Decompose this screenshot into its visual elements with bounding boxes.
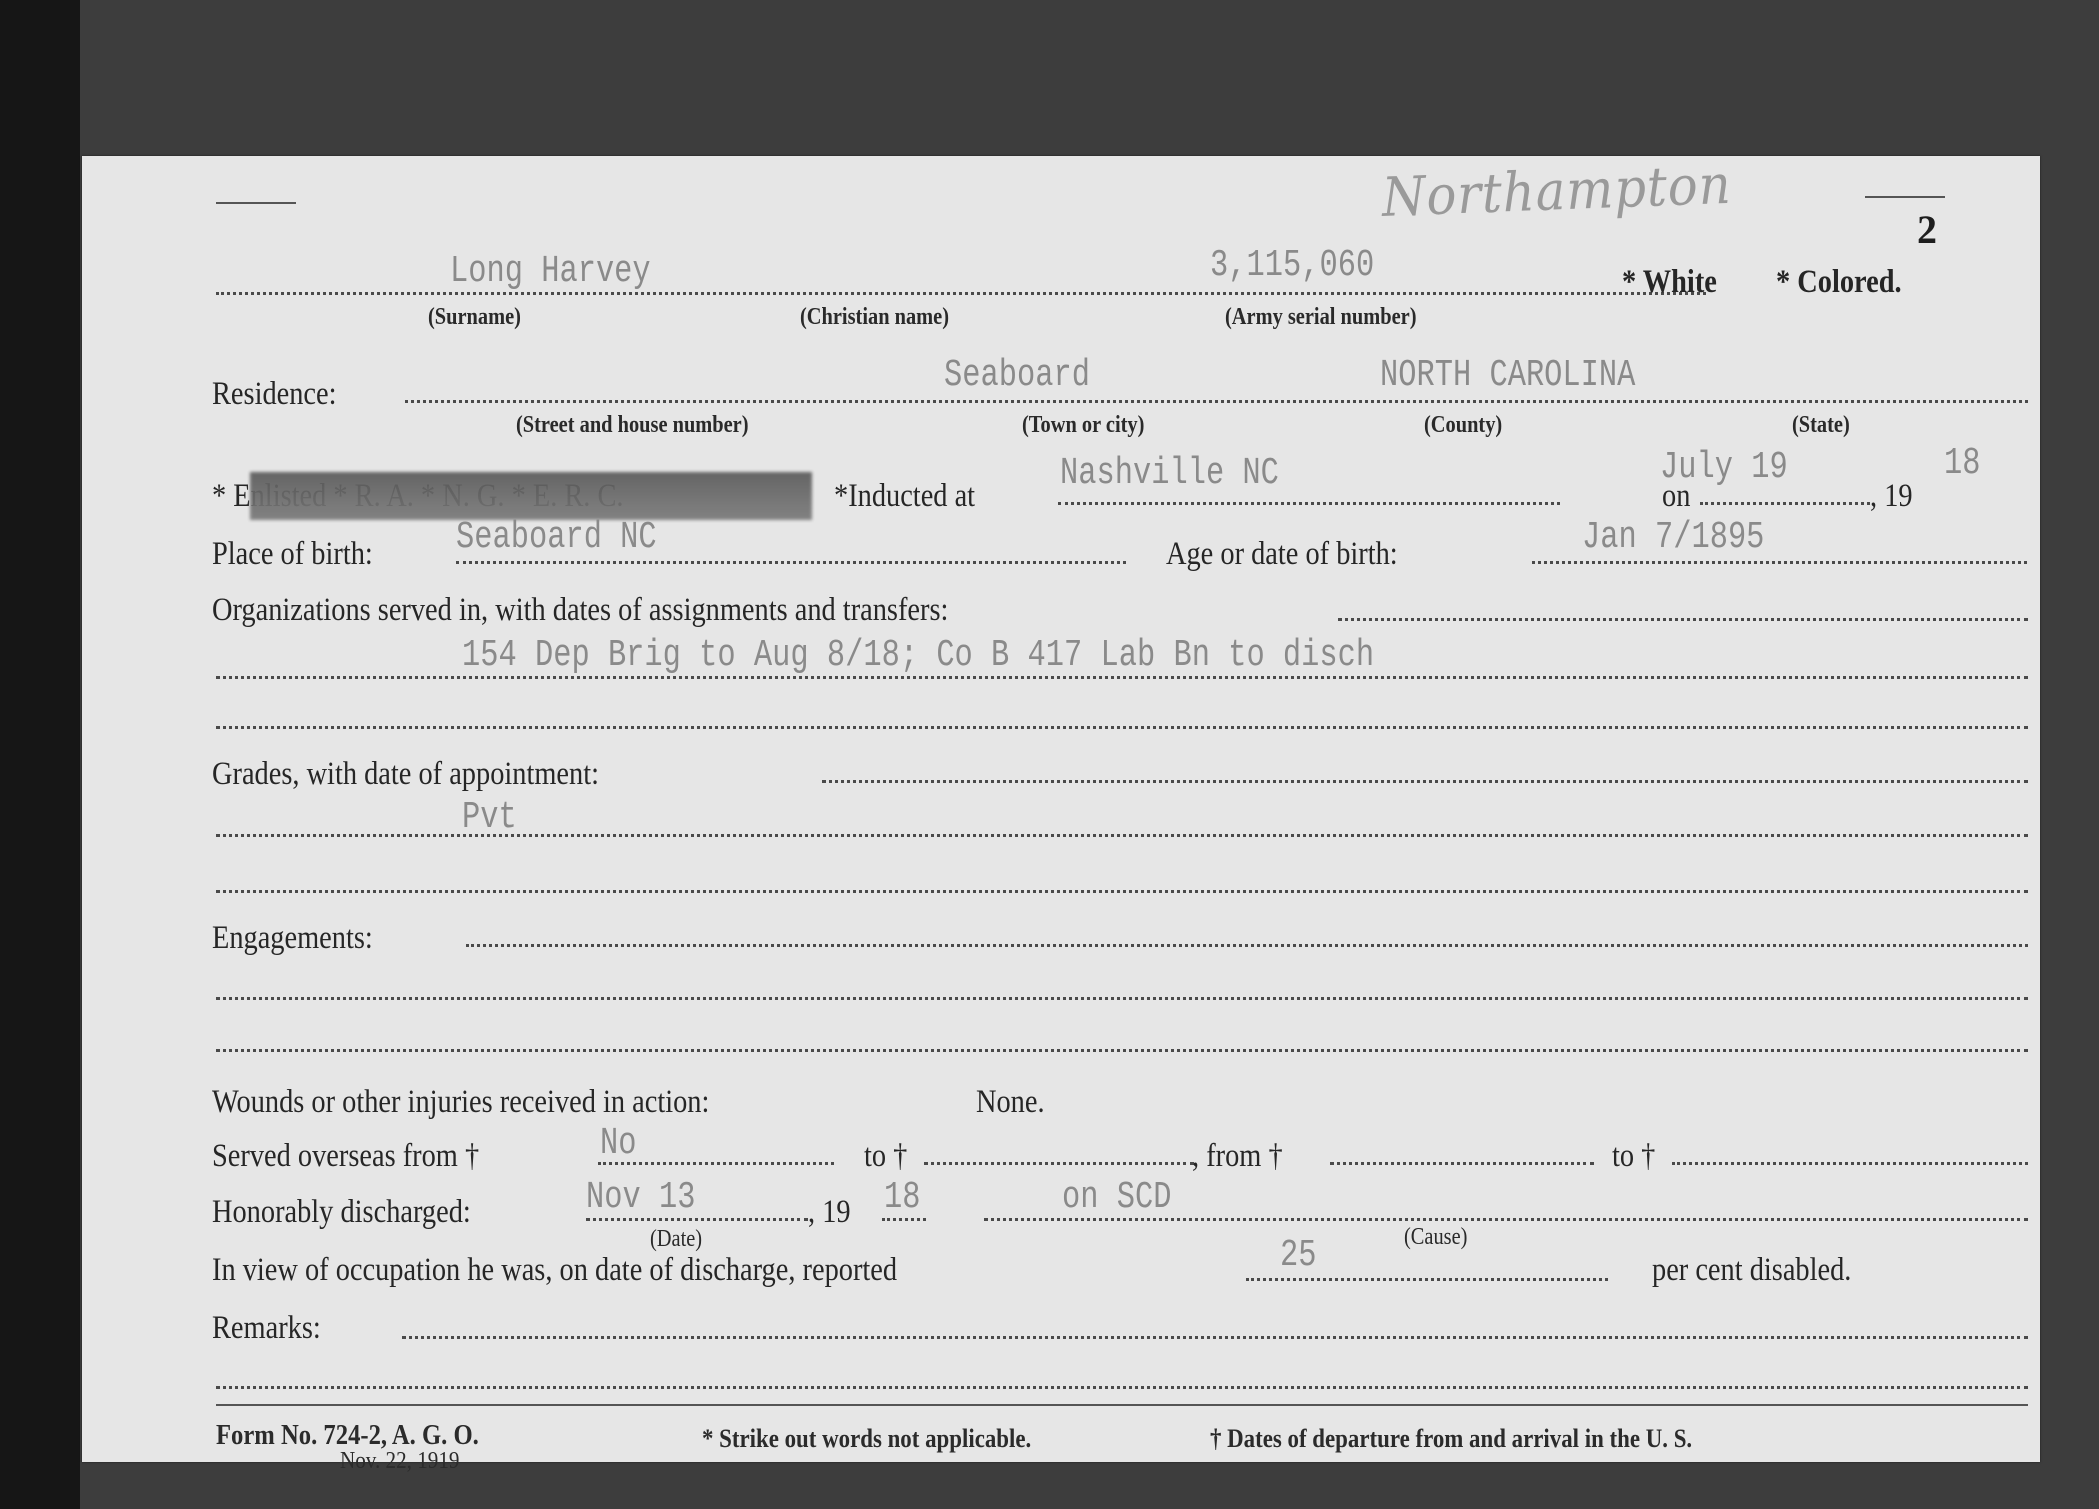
name-value: Long Harvey (450, 250, 651, 293)
county-annotation: Northampton (1381, 153, 1732, 229)
induction-place-line (1058, 502, 1560, 505)
induction-date: July 19 (1660, 446, 1788, 489)
inducted-at-label: *Inducted at (834, 478, 975, 515)
grades-label: Grades, with date of appointment: (212, 756, 599, 793)
overseas-to2-label: to † (1612, 1138, 1655, 1175)
grades-line-2 (216, 834, 2028, 837)
surname-label: (Surname) (428, 304, 521, 331)
birthdate-label: Age or date of birth: (1166, 536, 1398, 573)
overseas-to-line (924, 1162, 1194, 1165)
engagements-label: Engagements: (212, 920, 373, 957)
residence-town: Seaboard (944, 354, 1090, 397)
remarks-line-1 (402, 1336, 2028, 1339)
footer-rule (216, 1404, 2028, 1406)
grades-line-1 (822, 780, 2028, 783)
organizations-label: Organizations served in, with dates of a… (212, 592, 948, 629)
wounds-label: Wounds or other injuries received in act… (212, 1084, 709, 1121)
county-label: (County) (1424, 412, 1502, 439)
residence-line (405, 400, 2028, 403)
discharge-year-prefix: , 19 (808, 1194, 851, 1231)
discharge-cause: on SCD (1062, 1176, 1171, 1219)
birthplace-label: Place of birth: (212, 536, 373, 573)
induction-date-line (1700, 502, 1870, 505)
remarks-label: Remarks: (212, 1310, 321, 1347)
state-label: (State) (1792, 412, 1850, 439)
serial-label: (Army serial number) (1225, 304, 1416, 331)
organizations-entry: 154 Dep Brig to Aug 8/18; Co B 417 Lab B… (462, 634, 1374, 677)
discharge-label: Honorably discharged: (212, 1194, 471, 1231)
record-card: Northampton 2 Long Harvey 3,115,060 * Wh… (82, 156, 2040, 1462)
corner-dash (216, 202, 296, 204)
organizations-line-1 (1338, 618, 2028, 621)
scanner-edge-strip (0, 0, 80, 1509)
grades-entry: Pvt (462, 796, 517, 839)
disability-prefix: In view of occupation he was, on date of… (212, 1252, 897, 1289)
cause-label: (Cause) (1404, 1224, 1467, 1251)
grades-line-3 (216, 890, 2028, 893)
disability-line (1246, 1278, 1608, 1281)
remarks-line-2 (216, 1386, 2028, 1389)
induction-year: 18 (1944, 442, 1980, 485)
overseas-to2-line (1672, 1162, 2028, 1165)
name-line (216, 292, 1706, 295)
overseas-from2-label: , from † (1192, 1138, 1283, 1175)
engagements-line-3 (216, 1049, 2028, 1052)
form-date: Nov. 22, 1919 (340, 1448, 459, 1475)
disability-value: 25 (1280, 1234, 1316, 1277)
engagements-line-2 (216, 997, 2028, 1000)
organizations-line-2 (216, 676, 2028, 679)
overseas-to-label: to † (864, 1138, 907, 1175)
race-white: * White (1622, 264, 1717, 301)
induction-place: Nashville NC (1060, 452, 1279, 495)
overseas-from2-line (1330, 1162, 1594, 1165)
card-number-rule (1865, 196, 1945, 198)
birthdate-line (1532, 561, 2027, 564)
engagements-line-1 (466, 944, 2028, 947)
induction-year-prefix: , 19 (1870, 478, 1913, 515)
residence-state: NORTH CAROLINA (1380, 354, 1635, 397)
birthplace-line (456, 561, 1126, 564)
discharge-cause-line (984, 1218, 2028, 1221)
disability-suffix: per cent disabled. (1652, 1252, 1851, 1289)
discharge-year-line (882, 1218, 926, 1221)
date-label: (Date) (650, 1226, 702, 1253)
town-label: (Town or city) (1022, 412, 1144, 439)
card-number: 2 (1917, 206, 1937, 253)
overseas-from-value: No (600, 1122, 636, 1165)
dagger-note: † Dates of departure from and arrival in… (1210, 1424, 1692, 1454)
residence-label: Residence: (212, 376, 337, 413)
serial-value: 3,115,060 (1210, 244, 1374, 287)
birthdate-value: Jan 7/1895 (1582, 516, 1764, 559)
discharge-date: Nov 13 (586, 1176, 695, 1219)
strike-note: * Strike out words not applicable. (702, 1424, 1031, 1454)
street-label: (Street and house number) (516, 412, 749, 439)
race-colored: * Colored. (1776, 264, 1902, 301)
discharge-date-line (586, 1218, 808, 1221)
organizations-line-3 (216, 726, 2028, 729)
wounds-value: None. (976, 1084, 1045, 1121)
discharge-year: 18 (884, 1176, 920, 1219)
overseas-from-label: Served overseas from † (212, 1138, 479, 1175)
christian-name-label: (Christian name) (800, 304, 949, 331)
overseas-from-line (598, 1162, 834, 1165)
birthplace-value: Seaboard NC (456, 516, 657, 559)
strikeout-smudge (250, 472, 812, 520)
